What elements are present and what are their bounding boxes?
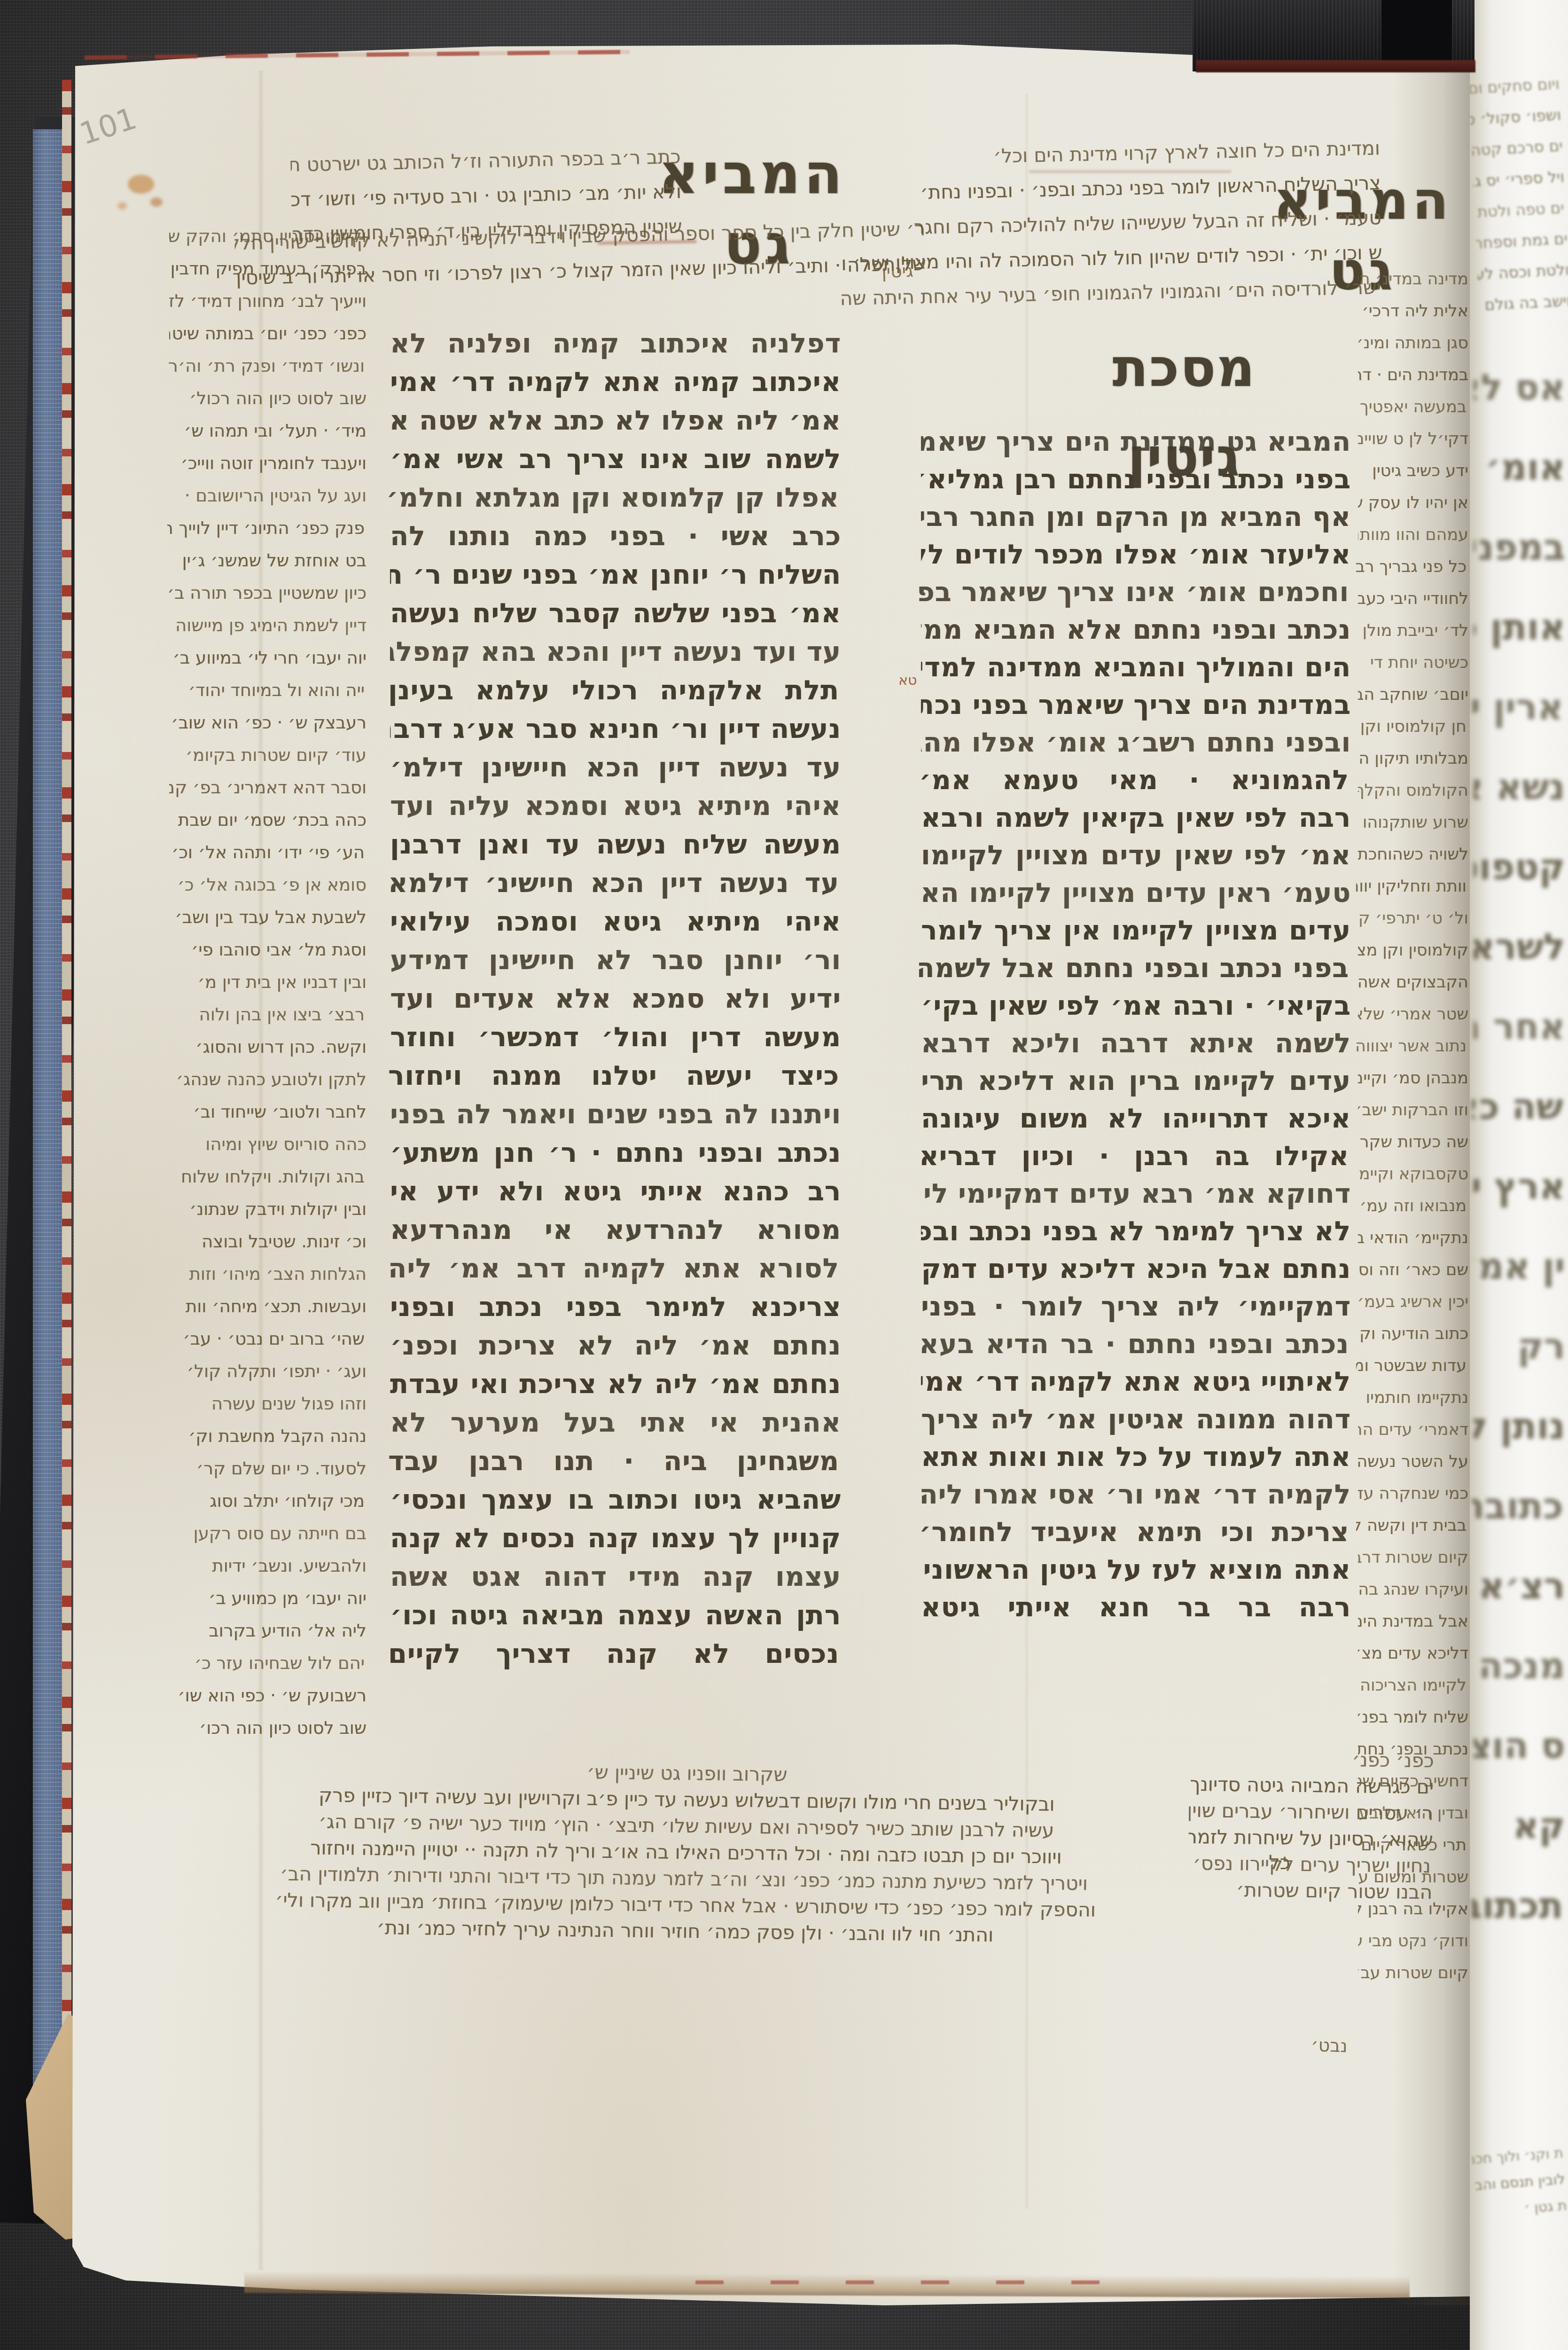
text-line: ארין ישרא׳ · [1472,667,1563,747]
text-line: לשמה שוב אינו צריך רב אשי אמ׳ [390,440,841,478]
bottom-commentary-left: שקרוב וופניו גט שיניין ש׳ובקוליר בשנים ח… [201,1754,1171,1950]
text-line: ועג׳ · יתפו׳ ותקלה קול׳ [169,1355,367,1387]
text-line: כיון שמשטיין בכפר תורה ב׳ [169,577,367,609]
text-line: מיד׳ · תעל׳ ובי תמהו ש׳ [169,415,367,447]
main-text-column-right: המביא גט ממדינת הים צריך שיאמ׳בפני נכתב … [921,423,1351,1626]
text-line: דחוקא אמ׳ רבא עדים דמקיימי ליה [921,1175,1351,1213]
text-line: ובפני נחתם רשב׳ג אומ׳ אפלו מהגמ׳ [921,724,1351,761]
text-line: נחתם אמ׳ ליה לא צריכת ואי עבדת [390,1365,841,1403]
text-line: הע׳ פי׳ ידו׳ ותהה אל׳ וכ׳ [167,836,365,869]
text-line: ארץ ישראל [1474,1147,1565,1227]
text-line: המביא גט ממדינת הים צריך שיאמ׳ [921,423,1351,461]
text-line: ים טפה ולטת וכס׳ [1472,192,1565,228]
text-line: ויל ספרי׳ יס גבה׳ [1472,161,1565,197]
text-line: כפנ׳ כפנ׳ יום׳ במותה שיטה [169,317,367,350]
red-speckled-leaf-edges [62,80,71,2223]
text-line: בם חייתה עם סוס רקען [169,1517,367,1550]
text-line: ס הוציא [1474,1706,1565,1786]
text-line: בפני נכתב ובפני נחתם רבן גמליא׳ אומ׳ [921,461,1351,498]
left-margin-gloss-column: וקיימו וסוגיין סתמ׳ והקק ש׳בפירק׳ בעמוד … [169,220,367,1747]
text-line: עד נעשה דיין הכא חיישינ׳ דילמא [388,864,839,902]
text-line: וזהו פגול שנים עשרה [169,1387,367,1420]
text-line: לחבר ולטוב׳ שייחוד וב׳ [169,1096,367,1128]
text-line: הים והמוליך והמביא ממדינה למדינ׳ [921,649,1351,686]
text-line: קנויין לך עצמו קנה נכסים לא קנה [390,1519,841,1558]
text-line: אתה לעמוד על כל אות ואות אתא [921,1438,1351,1476]
text-line: שהי׳ ברוב ים נבט׳ · עב׳ [167,1323,365,1355]
text-line: מעשה שליח נעשה עד ואנן דרבנן [390,825,841,864]
text-line: תכתובות [1472,1866,1563,1946]
text-line: מנכה ממנה [1474,1626,1565,1706]
text-line: כהה בכת׳ שסמ׳ יום שבת [169,804,367,836]
text-line: בפני נכתב ובפני נחתם אבל לשמה [919,949,1349,987]
text-line: רק [1474,1307,1565,1386]
text-line: כתובה ראוין [1472,1466,1563,1546]
top-commentary-right: ומדינת הים כל חוצה לארץ קרוי מדינת הים ו… [839,131,1383,316]
text-line: ויום סחקים ום׳ [1470,68,1560,104]
text-line: ויענבד לחומרין זוטה ווייכ׳ [169,447,367,479]
text-line: השליח ר׳ יוחנן אמ׳ בפני שנים ר׳ חנינ׳ [390,556,841,594]
facing-page-main-text: אס לאאומ׳ ליצאתבמפני אותןאותן כתובהארין … [1474,348,1565,1946]
text-line: וקשה. כהן דרוש והסוג׳ [169,1031,367,1063]
text-line: אף המביא מן הרקם ומן החגר רבי [921,498,1351,536]
text-line: מכי קולחו׳ יתלב וסוג [167,1485,365,1517]
text-line: אהנית אי אתי בעל מערער לא [390,1403,841,1442]
text-line: שוב לסוט כיון הוה רכו׳ [169,1712,367,1744]
text-line: רשבועק ש׳ · כפי הוא שו׳ [169,1679,367,1712]
text-line: הגלחות הצב׳ מיהו׳ וזות [169,1258,367,1290]
text-line: עדים לקיימו ברין הוא דליכא תרי [921,1062,1351,1100]
text-line: קטפוטקיא [1474,827,1565,907]
text-line: אומ׳ ליצאת [1474,428,1565,508]
text-line: כיצד יעשה יטלנו ממנה ויחזור [388,1057,839,1095]
text-line: עדים מצויין לקיימו אין צריך לומר [921,912,1351,949]
text-line: דהוה ממונה אגיטין אמ׳ ליה צריך [921,1401,1351,1438]
text-line: עוד׳ קיום שטרות בקיומ׳ [169,739,367,771]
text-line: עד נעשה דיין הכא חיישינן דילמ׳ [390,748,841,787]
text-line: שוב לסוט כיון הוה רכול׳ [169,382,367,415]
stain [117,202,127,210]
text-line: עד ועד נעשה דיין והכא בהא קמפלגי [390,633,841,671]
text-line: רצ׳א שטרות [1474,1546,1565,1626]
text-line: וקיימו וסוגיין סתמ׳ והקק ש׳ [169,220,367,252]
text-line: נשא אשה [1474,747,1565,827]
gutter-shadow [1393,42,1475,2305]
facing-page-top-text: ויום סחקים ום׳ושפו׳ סקול׳ סהנ׳ים סרכם קט… [1470,68,1568,321]
text-line: נכסים לא קנה דצריך לקיים [388,1635,839,1673]
text-line: דיין לשמת הימיג פן מיישוה [169,609,367,642]
catchword-next-page: נבט׳ [1311,2035,1348,2057]
text-line: כרב אשי · בפני כמה נותנו לה [390,517,841,556]
stain [150,197,163,207]
text-line: ים גמת וספחה [1475,223,1568,259]
text-line: נהנה הקבל מחשבת וק׳ [169,1420,367,1452]
text-line: אמ׳ בפני שלשה קסבר שליח נעשה [390,594,841,633]
text-line: דמקיימי׳ ליה צריך לומר · בפני [921,1288,1351,1325]
text-line: עצמו קנה מידי דהוה אגט אשה [390,1558,841,1596]
text-line: אקילו בה רבנן · וכיון דבריא [919,1137,1349,1175]
text-line: נותן לה ממע׳ [1474,1386,1565,1466]
text-line: לשבעת אבל עבד בין ושב׳ [169,901,367,933]
text-line: אמ׳ לפי שאין עדים מצויין לקיימו [921,837,1351,874]
text-line: להגמוניא · מאי טעמא אמ׳ [919,761,1349,799]
text-line: איכתוב קמיה אתא לקמיה דר׳ אמי [390,363,841,401]
text-line: איהי מיתיא גיטא וסמכה עילואי [390,902,841,941]
facing-page-bottom-text: ת וקנ׳ ולוך חכמיםלובין תנסם והביןת גטן ׳ [1471,2140,1568,2225]
text-line: ובין יקולות וידבק שנתונ׳ [169,1193,367,1225]
text-line: אפלו קן קלמוסא וקן מגלתא וחלמ׳ [388,478,839,517]
text-line: וסגת מל׳ אבי סוהבו פי׳ [169,933,367,966]
text-line: לא צריך למימר לא בפני נכתב ובפנ׳ [921,1213,1351,1250]
text-line: נחתם אבל היכא דליכא עדים דמק׳ [921,1250,1351,1288]
text-line: מסורא לנהרדעא אי מנהרדעא [390,1211,841,1249]
text-line: צריכנא למימר בפני נכתב ובפני [390,1288,841,1326]
text-line: נחתם אמ׳ ליה לא צריכת וכפנ׳ [390,1326,841,1365]
text-line: ור׳ יוחנן סבר לא חיישינן דמידע [390,941,841,979]
text-line: ונשו׳ דמיד׳ ופנק רת׳ וה׳ר [167,350,365,382]
text-line: וסבר דהא דאמרינ׳ בפ׳ קמ׳ [169,771,367,804]
text-line: נכתב ובפני נחתם · בר הדיא בעא [919,1325,1349,1363]
text-line: צריכת וכי תימא איעביד לחומר׳ [919,1513,1349,1551]
text-line: איהי מיתיא גיטא וסמכא עליה ועד [390,787,841,825]
blue-binding-cloth [33,129,63,2113]
text-line: כהה סוריוס שיוץ ומיהו [169,1128,367,1160]
text-line: לאיתויי גיטא אתא לקמיה דר׳ אמי [921,1363,1351,1401]
text-line: נכתב ובפני נחתם אלא המביא ממדינ׳ [921,611,1351,649]
marginal-correction-mark: טא [898,672,917,689]
text-line: ושפו׳ סקול׳ סהנ׳ [1470,99,1562,135]
lone-word: כל [1269,1851,1290,1874]
text-line: דפלניה איכתוב קמיה ופלניה לא [390,324,841,363]
text-line: יוה יעבו׳ מן כמוויע ב׳ [169,1582,367,1614]
text-line: וחכמים אומ׳ אינו צריך שיאמר בפנ׳ [919,573,1349,611]
text-line: בט אוחזת של שמשנ׳ ג׳ין [169,544,367,577]
text-line: בקיאי׳ · ורבה אמ׳ לפי שאין בקי׳ [921,987,1351,1025]
text-line: במדינת הים צריך שיאמר בפני נכתב [921,686,1351,724]
text-line: במפני אותן [1474,508,1565,587]
text-line: לסורא אתא לקמיה דרב אמ׳ ליה [388,1249,839,1288]
text-line: לקמיה דר׳ אמי ור׳ אסי אמרו ליה לא [921,1476,1351,1513]
text-line: אמ׳ ליה אפלו לא כתב אלא שטה אחת [390,401,841,440]
text-line: קא [1474,1786,1565,1866]
text-line: מעשה דרין והול׳ דמכשר׳ וחוזר [390,1018,841,1057]
text-line: אתה מוציא לעז על גיטין הראשוני׳ [921,1551,1351,1589]
text-line: אותן כתובה [1474,587,1565,667]
text-line: שה כארין [1472,1067,1563,1147]
text-line: יהם לול שבחיהו עזר כ׳ [167,1647,365,1679]
text-line: וישב בה גולם [1478,285,1568,321]
text-line: יוה יעבו׳ חרי לי׳ במיווע ב׳ [169,642,367,674]
text-line: ייה והוא ול במיוחד יהוד׳ [167,674,365,706]
text-line: איכא דתרוייהו לא משום עיגונה [921,1100,1351,1137]
red-edge-under-cover [1196,60,1475,72]
text-line: נכתב ובפני נחתם · ר׳ חנן משתע׳ [390,1134,841,1172]
text-line: ועבשות. תכצ׳ מיחה׳ וות [169,1290,367,1323]
text-line: ידיע ולא סמכא אלא אעדים ועד [390,979,841,1018]
text-line: לשמה איתא דרבה וליכא דרבא [921,1025,1351,1062]
text-line: רבה בר בר חנא אייתי גיטא [921,1589,1351,1626]
photograph-of-manuscript: 101 המביא גט המביא גט גיטין מסכת גיטין כ… [0,0,1568,2350]
text-line: ין אמ׳ אג׳ [1474,1227,1565,1307]
text-line: אחר הנושא [1474,987,1565,1067]
text-line: ויתננו לה בפני שנים ויאמר לה בפני [390,1095,841,1134]
text-line: רבצ׳ ביצו אין בהן ולוה [167,998,365,1031]
text-line: לסעוד. כי יום שלם קר׳ [169,1452,367,1485]
red-edge-dye-bottom [695,2280,1118,2284]
text-line: לשרא׳ גלמא [1474,907,1565,987]
text-line: ליה אל׳ הודיע בקרוב [169,1614,367,1647]
text-line: בהג וקולות. ויקלחו שלוח [167,1160,365,1193]
text-line: נעשה דיין ור׳ חנינא סבר אע׳ג דרבנ׳ [390,710,841,748]
text-line: שהביא גיטו וכתוב בו עצמך ונכסי׳ [390,1480,841,1519]
text-line: בפירק׳ בעמוד מפיק חדבין ווי׳ [169,252,367,285]
text-line: אליעזר אומ׳ אפלו מכפר לודים ללוד [921,536,1351,573]
leaf-bottom-edge [244,2272,1410,2298]
text-line: ובין דבניו אין בית דין מ׳ [169,966,367,998]
text-line: אס לא [1474,348,1565,428]
stain [128,175,154,194]
text-line: רעבצק ש׳ · כפ׳ הוא שוב׳ [169,706,367,739]
text-line: ים סרכם קטה לפ׳ [1470,130,1563,166]
text-line: לתקן ולטובע כהנה שנהג׳ [169,1063,367,1096]
main-text-column-left: דפלניה איכתוב קמיה ופלניה לאאיכתוב קמיה … [390,324,841,1673]
text-line: ולהבשיע. ונשב׳ ידיות [169,1550,367,1582]
text-line: וייעיך לבנ׳ מחוורן דמיד׳ לזמ׳ [169,285,367,317]
text-line: רב כהנא אייתי גיטא ולא ידע אי [390,1172,841,1211]
text-line: תלת אלקמיה רכולי עלמא בעינן [388,671,839,710]
text-line: רתן האשה עצמה מביאה גיטה וכו׳ [390,1596,841,1635]
text-line: ועג על הגיטין הריושובם · [169,479,367,512]
text-line: ולטת וכסה לעמ׳ [1477,254,1568,290]
facing-page: ויום סחקים ום׳ושפו׳ סקול׳ סהנ׳ים סרכם קט… [1470,0,1568,2350]
text-line: פנק כפנ׳ התיונ׳ דיין לוייך ה׳ [167,512,365,544]
text-line: וכ׳ זינות. שטיבל ובוצה [169,1225,367,1258]
text-line: סומא אן פ׳ בכוגה אל׳ כ׳ [169,869,367,901]
text-line: רבה לפי שאין בקיאין לשמה ורבא [921,799,1351,837]
text-line: טעמ׳ ראין עדים מצויין לקיימו הא [921,874,1351,912]
text-line: משגחינן ביה · תנו רבנן עבד [388,1442,839,1480]
